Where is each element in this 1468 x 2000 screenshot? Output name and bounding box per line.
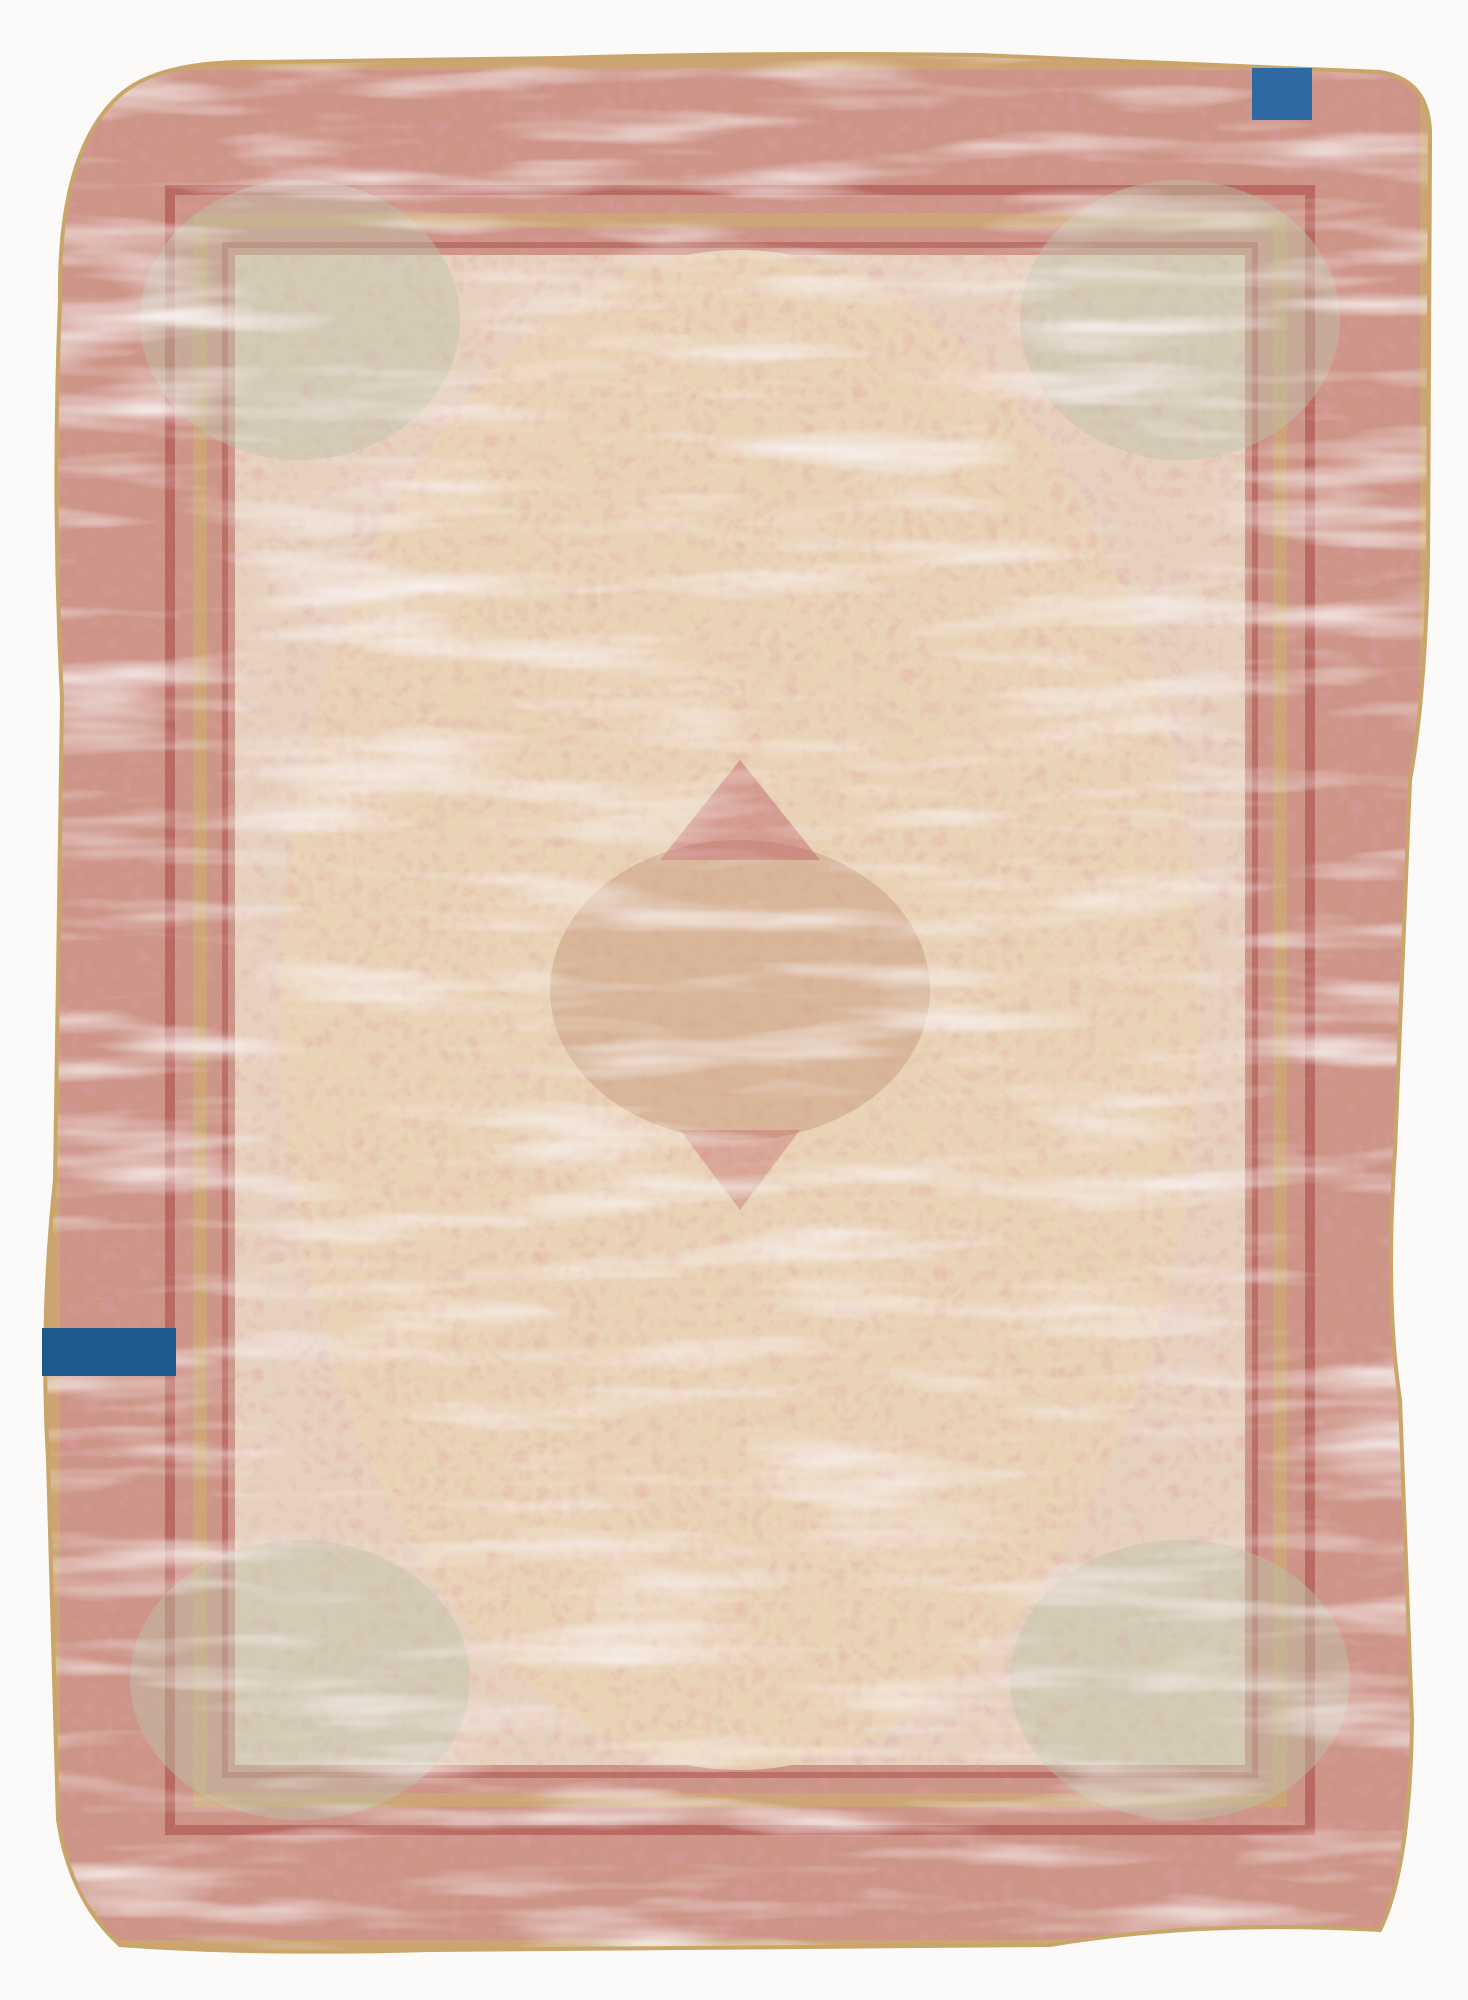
top-right-blue-patch	[1252, 68, 1312, 120]
rug-photo: Antique distressed Persian rug, top-down…	[0, 0, 1468, 2000]
left-blue-patch	[42, 1328, 176, 1376]
rug-body	[0, 0, 1468, 2000]
rug-illustration	[0, 0, 1468, 2000]
